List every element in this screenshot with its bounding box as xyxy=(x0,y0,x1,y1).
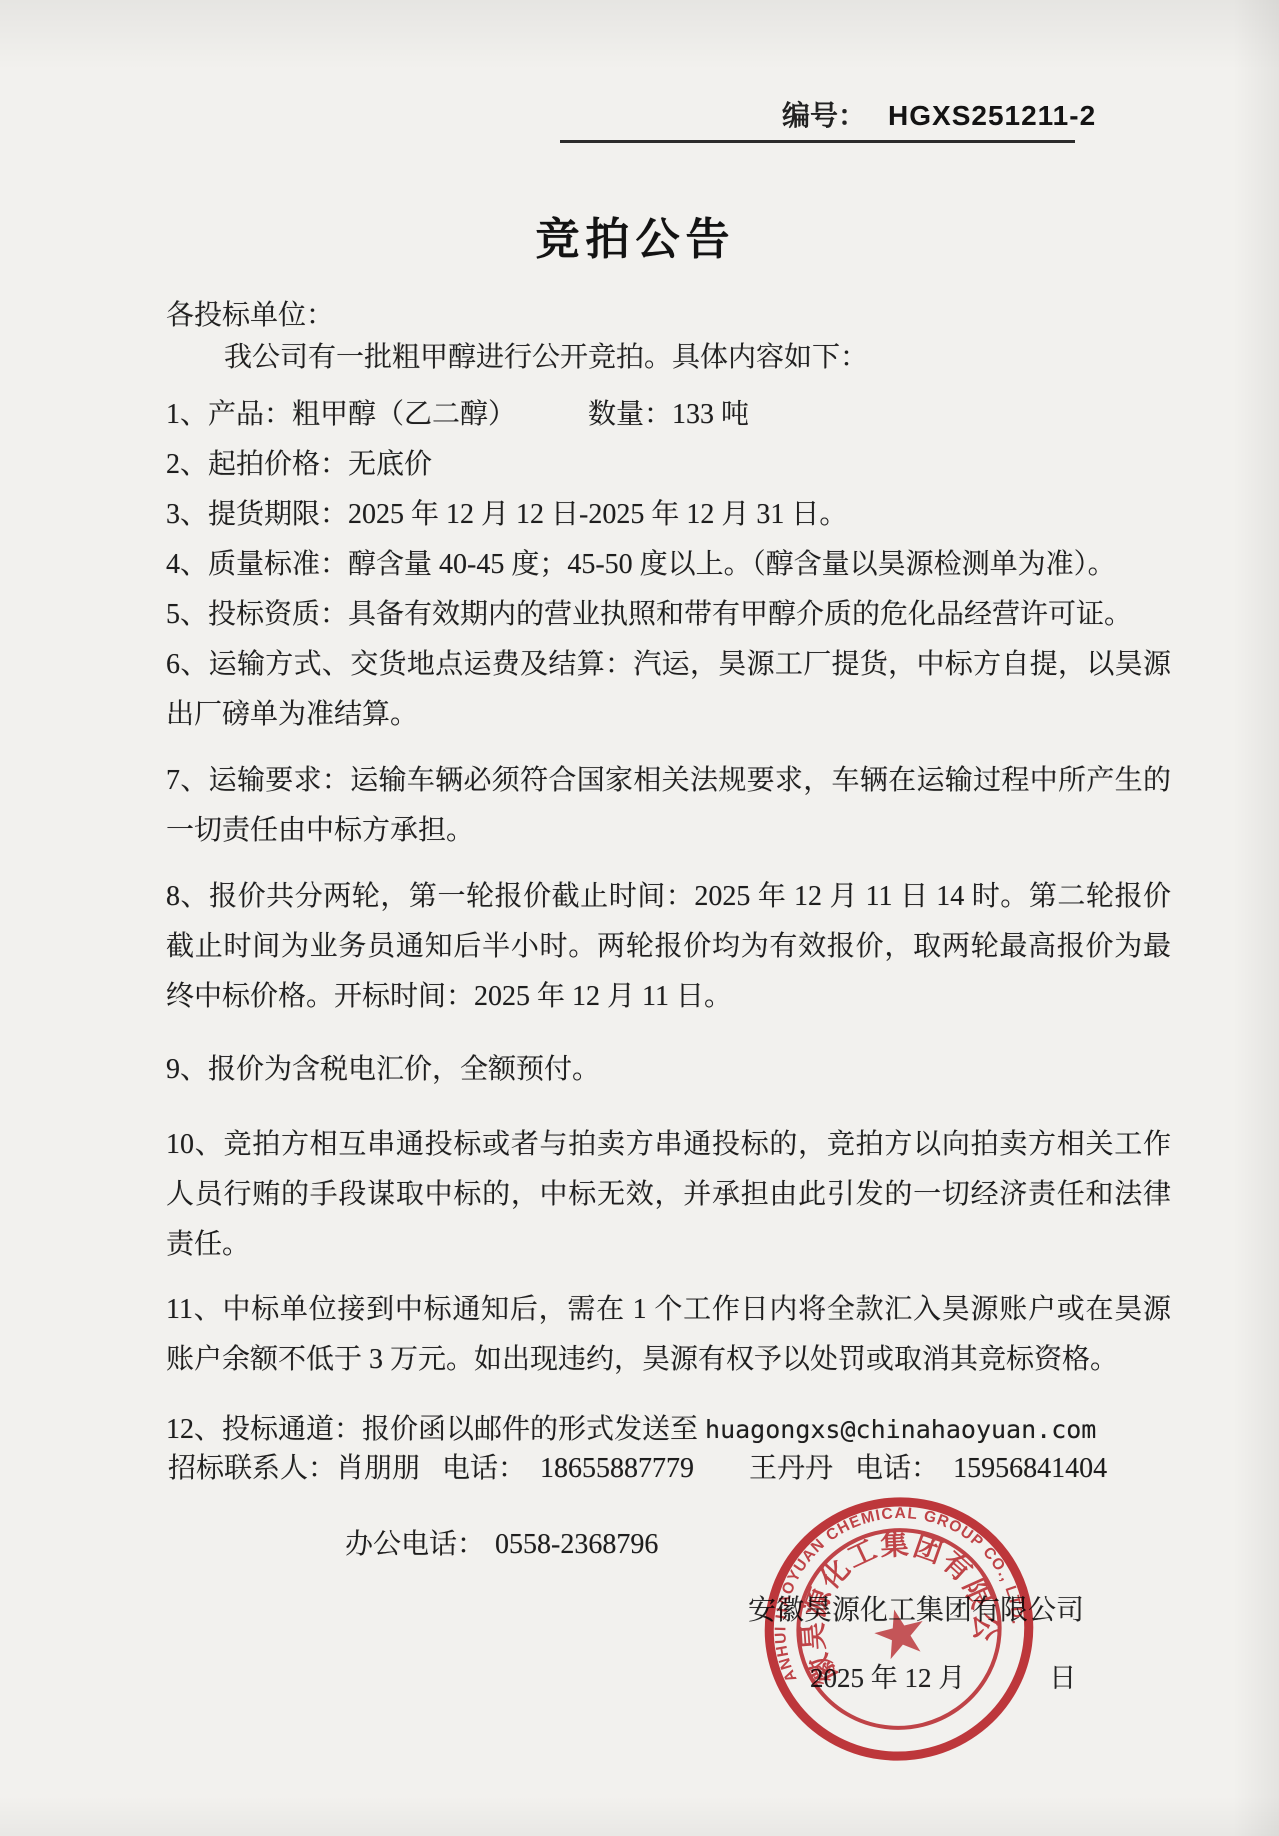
scanned-auction-notice-page: 编号：HGXS251211-2 竞拍公告 各投标单位： 我公司有一批粗甲醇进行公… xyxy=(0,0,1279,1836)
primary-contact-name: 招标联系人：肖朋朋 xyxy=(168,1453,420,1484)
office-phone-number: 0558-2368796 xyxy=(495,1529,658,1560)
salutation: 各投标单位： xyxy=(166,296,1171,336)
primary-phone-number: 18655887779 xyxy=(540,1453,694,1484)
item-8-bidding-rounds: 8、报价共分两轮，第一轮报价截止时间：2025 年 12 月 11 日 14 时… xyxy=(166,872,1171,1022)
document-number-row: 编号：HGXS251211-2 xyxy=(560,94,1075,143)
scan-shading-bottom xyxy=(0,1796,1279,1836)
office-phone-label: 办公电话： xyxy=(345,1529,485,1560)
primary-phone-label: 电话： xyxy=(442,1453,526,1484)
item-2-start-price: 2、起拍价格：无底价 xyxy=(166,440,1171,490)
item-1-product-text: 1、产品：粗甲醇（乙二醇） xyxy=(166,399,516,430)
item-3-pickup-period: 3、提货期限：2025 年 12 月 12 日-2025 年 12 月 31 日… xyxy=(166,490,1171,540)
item-10-collusion-clause: 10、竞拍方相互串通投标或者与拍卖方串通投标的，竞拍方以向拍卖方相关工作人员行贿… xyxy=(166,1120,1171,1270)
document-body: 竞拍公告 各投标单位： 我公司有一批粗甲醇进行公开竞拍。具体内容如下： 1、产品… xyxy=(166,150,1171,1455)
office-phone-row: 办公电话：0558-2368796 xyxy=(345,1522,658,1562)
company-seal: ANHUI HAOYUAN CHEMICAL GROUP CO., LTD. 安… xyxy=(756,1488,1042,1770)
item-1-quantity: 数量：133 吨 xyxy=(588,399,749,430)
item-12-prefix: 12、投标通道：报价函以邮件的形式发送至 xyxy=(166,1414,705,1445)
signature-date-day-suffix: 日 xyxy=(1049,1663,1076,1693)
item-11-payment-clause: 11、中标单位接到中标通知后，需在 1 个工作日内将全款汇入昊源账户或在昊源账户… xyxy=(166,1285,1171,1385)
scan-shading-top xyxy=(0,0,1279,70)
item-6-transport-settlement: 6、运输方式、交货地点运费及结算：汽运，昊源工厂提货，中标方自提，以昊源出厂磅单… xyxy=(166,640,1171,740)
bid-email-address: huagongxs@chinahaoyuan.com xyxy=(705,1415,1096,1444)
item-9-price-terms: 9、报价为含税电汇价，全额预付。 xyxy=(166,1045,1171,1095)
document-number-label: 编号： xyxy=(782,94,866,134)
seal-star-icon xyxy=(870,1603,930,1661)
document-number-value: HGXS251211-2 xyxy=(888,100,1096,132)
scan-shading-right xyxy=(1233,0,1279,1836)
secondary-phone-number: 15956841404 xyxy=(953,1453,1107,1484)
intro-paragraph: 我公司有一批粗甲醇进行公开竞拍。具体内容如下： xyxy=(166,336,1171,380)
secondary-contact-name: 王丹丹 xyxy=(749,1453,833,1484)
secondary-phone-label: 电话： xyxy=(855,1453,939,1484)
item-7-transport-requirements: 7、运输要求：运输车辆必须符合国家相关法规要求，车辆在运输过程中所产生的一切责任… xyxy=(166,756,1171,856)
item-4-quality-standard: 4、质量标准：醇含量 40-45 度；45-50 度以上。（醇含量以昊源检测单为… xyxy=(166,540,1171,590)
page-title: 竞拍公告 xyxy=(166,214,1105,266)
contacts-row: 招标联系人：肖朋朋电话：18655887779王丹丹电话：15956841404 xyxy=(168,1446,1107,1486)
item-5-bidder-qualification: 5、投标资质：具备有效期内的营业执照和带有甲醇介质的危化品经营许可证。 xyxy=(166,590,1171,640)
item-1-product: 1、产品：粗甲醇（乙二醇）数量：133 吨 xyxy=(166,390,1171,440)
